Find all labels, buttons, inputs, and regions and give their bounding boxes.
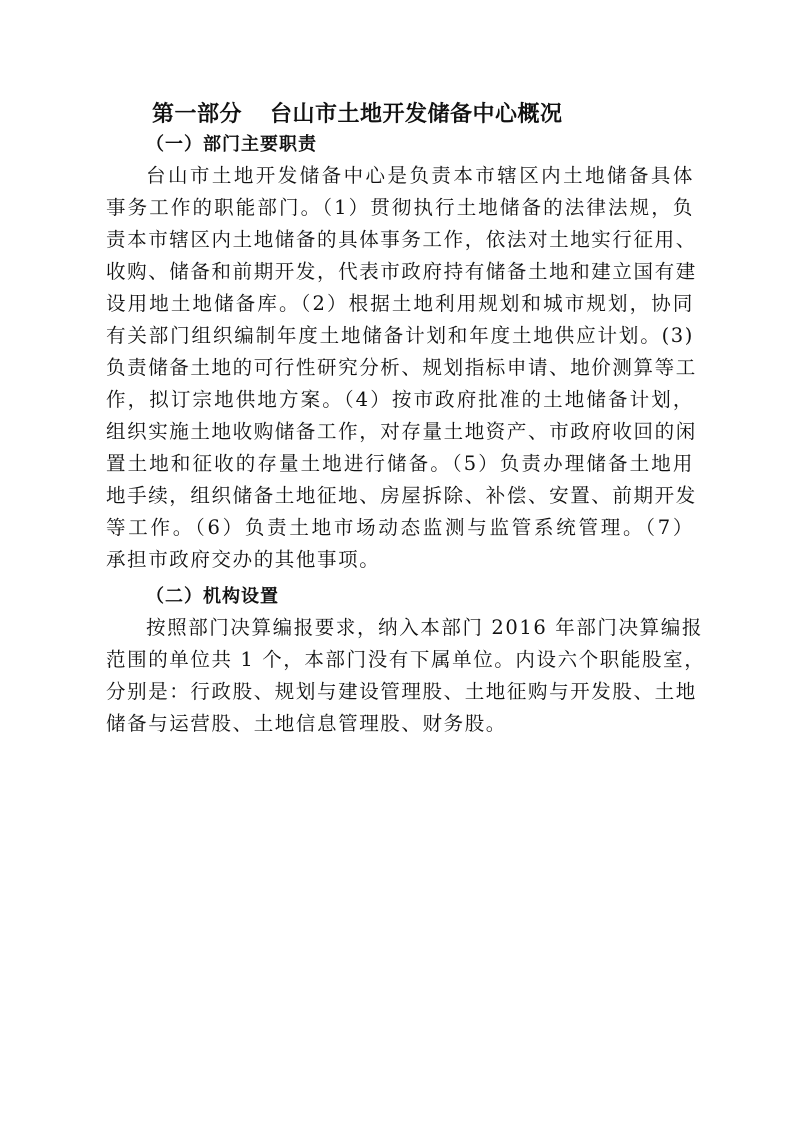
responsibilities-paragraph: 台山市土地开发储备中心是负责本市辖区内土地储备具体 事务工作的职能部门。（1）贯… [106, 160, 694, 576]
text-line: 有关部门组织编制年度土地储备计划和年度土地供应计划。(3) [106, 320, 694, 352]
text-line: 事务工作的职能部门。（1）贯彻执行土地储备的法律法规，负 [106, 192, 694, 224]
text-line: 储备与运营股、土地信息管理股、财务股。 [106, 708, 694, 740]
text-line: 置土地和征收的存量土地进行储备。（5）负责办理储备土地用 [106, 448, 694, 480]
text-line: 设用地土地储备库。（2）根据土地利用规划和城市规划，协同 [106, 288, 694, 320]
text-line: 作，拟订宗地供地方案。（4）按市政府批准的土地储备计划， [106, 384, 694, 416]
text-line: 台山市土地开发储备中心是负责本市辖区内土地储备具体 [106, 160, 694, 192]
text-line: 承担市政府交办的其他事项。 [106, 544, 694, 576]
text-line: 分别是：行政股、规划与建设管理股、土地征购与开发股、土地 [106, 676, 694, 708]
text-line: 等工作。（6）负责土地市场动态监测与监管系统管理。（7） [106, 512, 694, 544]
page-title: 第一部分台山市土地开发储备中心概况 [152, 97, 563, 128]
organization-paragraph: 按照部门决算编报要求，纳入本部门 2016 年部门决算编报 范围的单位共 1 个… [106, 612, 694, 740]
title-part: 第一部分 [152, 102, 242, 127]
text-line: 范围的单位共 1 个，本部门没有下属单位。内设六个职能股室， [106, 644, 694, 676]
text-line: 按照部门决算编报要求，纳入本部门 2016 年部门决算编报 [106, 612, 694, 644]
section-heading-responsibilities: （一）部门主要职责 [146, 130, 317, 156]
document-page: 第一部分台山市土地开发储备中心概况 （一）部门主要职责 台山市土地开发储备中心是… [0, 0, 793, 1122]
text-line: 负责储备土地的可行性研究分析、规划指标申请、地价测算等工 [106, 352, 694, 384]
text-line: 地手续，组织储备土地征地、房屋拆除、补偿、安置、前期开发 [106, 480, 694, 512]
text-line: 组织实施土地收购储备工作，对存量土地资产、市政府收回的闲 [106, 416, 694, 448]
section-heading-organization: （二）机构设置 [146, 582, 279, 608]
text-line: 责本市辖区内土地储备的具体事务工作，依法对土地实行征用、 [106, 224, 694, 256]
text-line: 收购、储备和前期开发，代表市政府持有储备土地和建立国有建 [106, 256, 694, 288]
title-name: 台山市土地开发储备中心概况 [270, 102, 563, 127]
